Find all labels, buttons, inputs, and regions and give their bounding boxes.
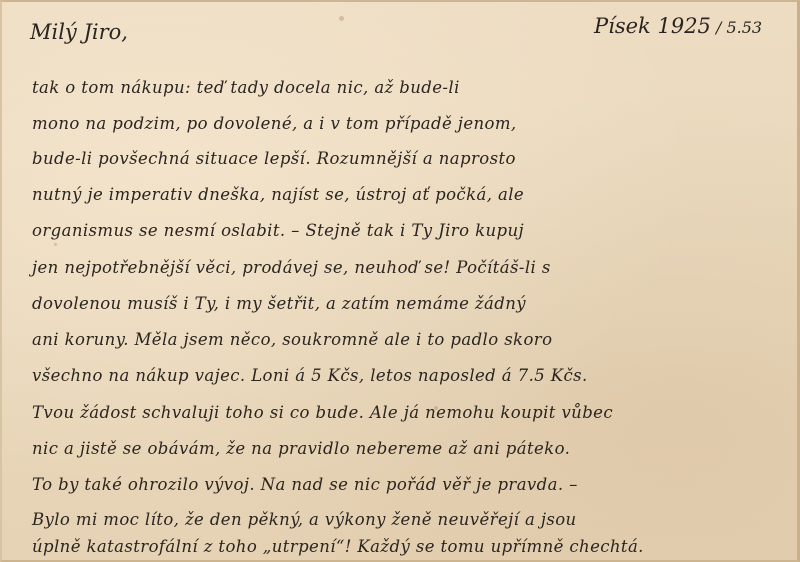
text-line: To by také ohrozilo vývoj. Na nad se nic… [32,475,578,494]
text-line: tak o tom nákupu: teď tady docela nic, a… [32,78,460,97]
text-line: nic a jistě se obávám, že na pravidlo ne… [32,439,570,458]
year: 1925 [657,14,710,38]
paper-stain [339,16,344,21]
text-line: dovolenou musíš i Ty, i my šetřit, a zat… [32,294,526,313]
text-line: všechno na nákup vajec. Loni á 5 Kčs, le… [32,366,588,385]
place: Písek [594,14,651,38]
place-and-date: Písek 1925 / 5.53 [594,14,762,38]
postcard: Milý Jiro, Písek 1925 / 5.53 tak o tom n… [0,0,800,562]
text-line: úplně katastrofální z toho „utrpení“! Ka… [32,537,644,556]
text-line: nutný je imperativ dneška, najíst se, ús… [32,185,524,204]
text-line: Tvou žádost schvaluji toho si co bude. A… [32,403,613,422]
text-line: mono na podzim, po dovolené, a i v tom p… [32,114,517,133]
paper-stain [54,243,57,246]
text-line: Bylo mi moc líto, že den pěkný, a výkony… [32,510,577,529]
salutation: Milý Jiro, [30,20,128,44]
text-line: organismus se nesmí oslabit. – Stejně ta… [32,221,524,240]
text-line: ani koruny. Měla jsem něco, soukromně al… [32,330,552,349]
text-line: jen nejpotřebnější věci, prodávej se, ne… [32,258,551,277]
date: 5.53 [726,18,762,37]
text-line: bude-li povšechná situace lepší. Rozumně… [32,149,516,168]
